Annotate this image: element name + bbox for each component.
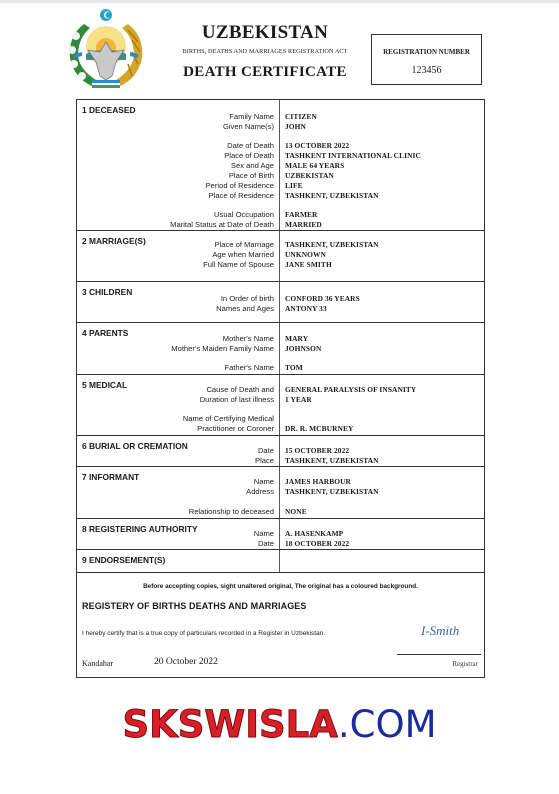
field-label: Place of Marriage — [214, 240, 274, 249]
field-label: Place of Residence — [209, 191, 274, 200]
field-value: 18 OCTOBER 2022 — [285, 539, 349, 548]
watermark-name: SKSWISLA — [122, 703, 337, 746]
uzbekistan-coat-of-arms-icon — [62, 6, 150, 92]
section-registering-authority: 8 REGISTERING AUTHORITY NameA. HASENKAMP… — [77, 519, 484, 550]
field-label: Family Name — [229, 112, 274, 121]
field-label: In Order of birth — [221, 294, 274, 303]
field-value: FARMER — [285, 210, 317, 219]
field-value: TASHKENT, UZBEKISTAN — [285, 191, 379, 200]
signature-line — [397, 654, 481, 655]
field-label: Name — [254, 529, 274, 538]
field-label: Relationship to deceased — [189, 507, 274, 516]
field-label: Period of Residence — [206, 181, 274, 190]
field-value: NONE — [285, 507, 307, 516]
section-medical: 5 MEDICAL Cause of Death andGENERAL PARA… — [77, 375, 484, 436]
field-value: GENERAL PARALYSIS OF INSANITY — [285, 385, 416, 394]
document-type: DEATH CERTIFICATE — [164, 64, 366, 81]
field-label: Name — [254, 477, 274, 486]
field-label: Date — [258, 539, 274, 548]
field-label: Practitioner or Coroner — [197, 424, 274, 433]
field-label: Date of Death — [227, 141, 274, 150]
field-label: Address — [246, 487, 274, 496]
registrar-title: Registrar — [452, 660, 478, 668]
section-children: 3 CHILDREN In Order of birthCONFORD 36 Y… — [77, 282, 484, 323]
field-value: ANTONY 33 — [285, 304, 327, 313]
certificate-frame: 1 DECEASED Family NameCITIZEN Given Name… — [76, 99, 485, 678]
issue-place: Kandahar — [82, 659, 113, 668]
section-heading: 9 ENDORSEMENT(S) — [82, 555, 165, 565]
field-value: DR. R. MCBURNEY — [285, 424, 353, 433]
country-title: UZBEKISTAN — [164, 22, 366, 44]
field-label: Date — [258, 446, 274, 455]
field-label: Name of Certifying Medical — [183, 414, 274, 423]
field-value: A. HASENKAMP — [285, 529, 343, 538]
field-value: TASHKENT, UZBEKISTAN — [285, 487, 379, 496]
field-value: CONFORD 36 YEARS — [285, 294, 360, 303]
field-label: Mother's Maiden Family Name — [171, 344, 274, 353]
field-value: TOM — [285, 363, 303, 372]
field-label: Names and Ages — [216, 304, 274, 313]
field-label: Cause of Death and — [206, 385, 274, 394]
field-value: CITIZEN — [285, 112, 317, 121]
field-label: Place — [255, 456, 274, 465]
field-label: Duration of last illness — [200, 395, 274, 404]
section-marriages: 2 MARRIAGE(S) Place of MarriageTASHKENT,… — [77, 231, 484, 282]
field-value: MARY — [285, 334, 308, 343]
field-label: Father's Name — [224, 363, 274, 372]
section-endorsements: 9 ENDORSEMENT(S) — [77, 550, 484, 573]
field-value: JANE SMITH — [285, 260, 332, 269]
field-label: Sex and Age — [231, 161, 274, 170]
section-deceased: 1 DECEASED Family NameCITIZEN Given Name… — [77, 100, 484, 231]
watermark-tld: .COM — [338, 703, 437, 746]
field-value: TASHKENT, UZBEKISTAN — [285, 456, 379, 465]
field-value: 15 OCTOBER 2022 — [285, 446, 349, 455]
registration-number-label: REGISTRATION NUMBER — [372, 48, 481, 56]
field-label: Full Name of Spouse — [203, 260, 274, 269]
registry-title: REGISTERY OF BIRTHS DEATHS AND MARRIAGES — [82, 601, 307, 611]
field-label: Place of Death — [224, 151, 274, 160]
field-label: Mother's Name — [223, 334, 274, 343]
field-value: MARRIED — [285, 220, 322, 229]
field-label: Age when Married — [212, 250, 274, 259]
field-value: MALE 64 YEARS — [285, 161, 344, 170]
registrar-signature: I-Smith — [421, 623, 459, 639]
field-value: UNKNOWN — [285, 250, 326, 259]
field-label: Given Name(s) — [223, 122, 274, 131]
top-strip — [0, 0, 559, 3]
registration-number: 123456 — [372, 65, 481, 76]
field-value: LIFE — [285, 181, 303, 190]
field-label: Place of Birth — [229, 171, 274, 180]
field-value: JAMES HARBOUR — [285, 477, 351, 486]
issue-date: 20 October 2022 — [154, 657, 218, 667]
field-value: JOHNSON — [285, 344, 321, 353]
registration-number-box: REGISTRATION NUMBER 123456 — [371, 34, 482, 85]
act-subtitle: BIRTHS, DEATHS AND MARRIAGES REGISTRATIO… — [160, 48, 370, 55]
certification-statement: I hereby certify that is a true copy of … — [82, 630, 352, 639]
field-value: 1 YEAR — [285, 395, 312, 404]
field-label: Usual Occupation — [214, 210, 274, 219]
field-value: 13 OCTOBER 2022 — [285, 141, 349, 150]
field-label: Marital Status at Date of Death — [170, 220, 274, 229]
watermark: SKSWISLA.COM — [0, 703, 559, 746]
field-value: JOHN — [285, 122, 306, 131]
field-value: TASHKENT INTERNATIONAL CLINIC — [285, 151, 421, 160]
section-parents: 4 PARENTS Mother's NameMARY Mother's Mai… — [77, 323, 484, 375]
certificate-footer: Before accepting copies, sight unaltered… — [77, 572, 484, 677]
field-value: UZBEKISTAN — [285, 171, 334, 180]
column-divider — [279, 550, 280, 572]
section-informant: 7 INFORMANT NameJAMES HARBOUR AddressTAS… — [77, 467, 484, 519]
authenticity-notice: Before accepting copies, sight unaltered… — [77, 583, 484, 590]
section-burial: 6 BURIAL OR CREMATION Date15 OCTOBER 202… — [77, 436, 484, 467]
field-value: TASHKENT, UZBEKISTAN — [285, 240, 379, 249]
